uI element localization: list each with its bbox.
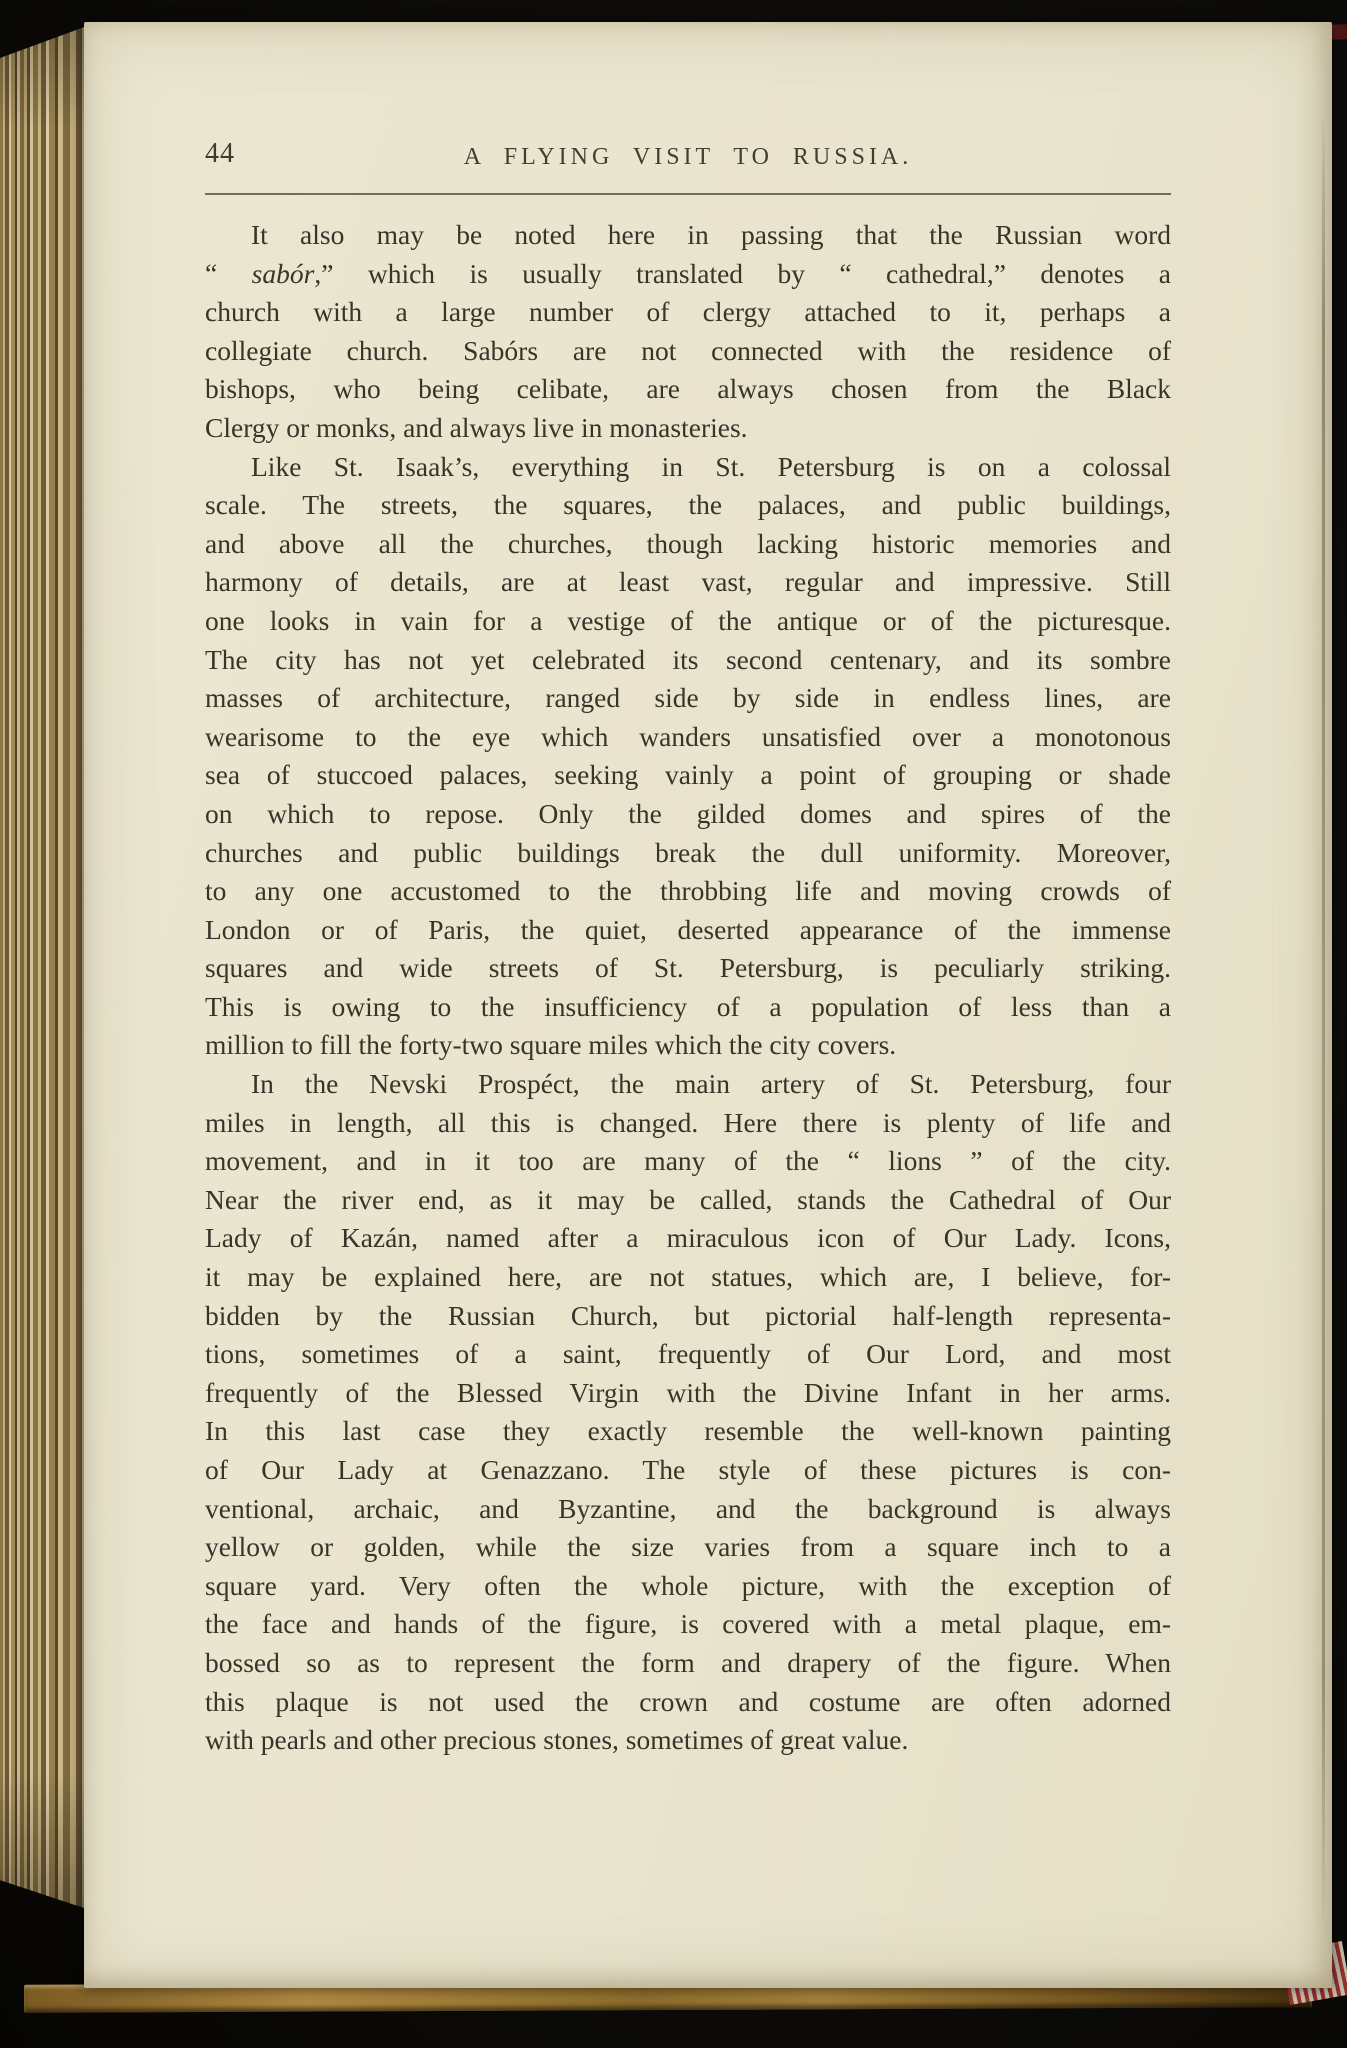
book-photo-scene: 44 A FLYING VISIT TO RUSSIA. It also may…	[0, 0, 1347, 2048]
text-line: Near the river end, as it may be called,…	[205, 1181, 1171, 1220]
body-text: It also may be noted here in passing tha…	[205, 216, 1171, 1760]
text-line: miles in length, all this is changed. He…	[205, 1104, 1171, 1143]
text-line: The city has not yet celebrated its seco…	[205, 641, 1171, 680]
text-line: sea of stuccoed palaces, seeking vainly …	[205, 756, 1171, 795]
text-line: bossed so as to represent the form and d…	[205, 1644, 1171, 1683]
text-line: scale. The streets, the squares, the pal…	[205, 486, 1171, 525]
text-line: and above all the churches, though lacki…	[205, 525, 1171, 564]
quote-open: “	[205, 258, 252, 289]
text-line: church with a large number of clergy att…	[205, 293, 1171, 332]
text-line: bishops, who being celibate, are always …	[205, 370, 1171, 409]
text-line: This is owing to the insufficiency of a …	[205, 988, 1171, 1027]
text-line: frequently of the Blessed Virgin with th…	[205, 1374, 1171, 1413]
text-line: collegiate church. Sabórs are not connec…	[205, 332, 1171, 371]
text-line: yellow or golden, while the size varies …	[205, 1528, 1171, 1567]
running-header-title: A FLYING VISIT TO RUSSIA.	[205, 144, 1171, 171]
text-line: it may be explained here, are not statue…	[205, 1258, 1171, 1297]
text-line: the face and hands of the figure, is cov…	[205, 1605, 1171, 1644]
text-line: Like St. Isaak’s, everything in St. Pete…	[205, 448, 1171, 487]
text-line: tions, sometimes of a saint, frequently …	[205, 1335, 1171, 1374]
text-line: on which to repose. Only the gilded dome…	[205, 795, 1171, 834]
text-line: to any one accustomed to the throbbing l…	[205, 872, 1171, 911]
text-line: of Our Lady at Genazzano. The style of t…	[205, 1451, 1171, 1490]
text-line: Clergy or monks, and always live in mona…	[205, 409, 1171, 448]
text-line: square yard. Very often the whole pictur…	[205, 1567, 1171, 1606]
text-line: “ sabór,” which is usually translated by…	[205, 255, 1171, 294]
text-line: harmony of details, are at least vast, r…	[205, 563, 1171, 602]
text-line: In the Nevski Prospéct, the main artery …	[205, 1065, 1171, 1104]
text-line: this plaque is not used the crown and co…	[205, 1683, 1171, 1722]
text-line: masses of architecture, ranged side by s…	[205, 679, 1171, 718]
text-line: wearisome to the eye which wanders unsat…	[205, 718, 1171, 757]
header-rule	[205, 193, 1171, 195]
line-remainder: ,” which is usually translated by “ cath…	[314, 258, 1171, 289]
text-line: It also may be noted here in passing tha…	[205, 216, 1171, 255]
text-line: churches and public buildings break the …	[205, 834, 1171, 873]
text-line: squares and wide streets of St. Petersbu…	[205, 949, 1171, 988]
text-line: with pearls and other precious stones, s…	[205, 1721, 1171, 1760]
italic-word-sabor: sabór	[252, 258, 315, 289]
text-line: bidden by the Russian Church, but pictor…	[205, 1297, 1171, 1336]
text-line: movement, and in it too are many of the …	[205, 1142, 1171, 1181]
text-line: one looks in vain for a vestige of the a…	[205, 602, 1171, 641]
text-line: London or of Paris, the quiet, deserted …	[205, 911, 1171, 950]
text-line: ventional, archaic, and Byzantine, and t…	[205, 1490, 1171, 1529]
text-line: In this last case they exactly resemble …	[205, 1412, 1171, 1451]
text-line: million to fill the forty-two square mil…	[205, 1026, 1171, 1065]
text-line: Lady of Kazán, named after a miraculous …	[205, 1219, 1171, 1258]
